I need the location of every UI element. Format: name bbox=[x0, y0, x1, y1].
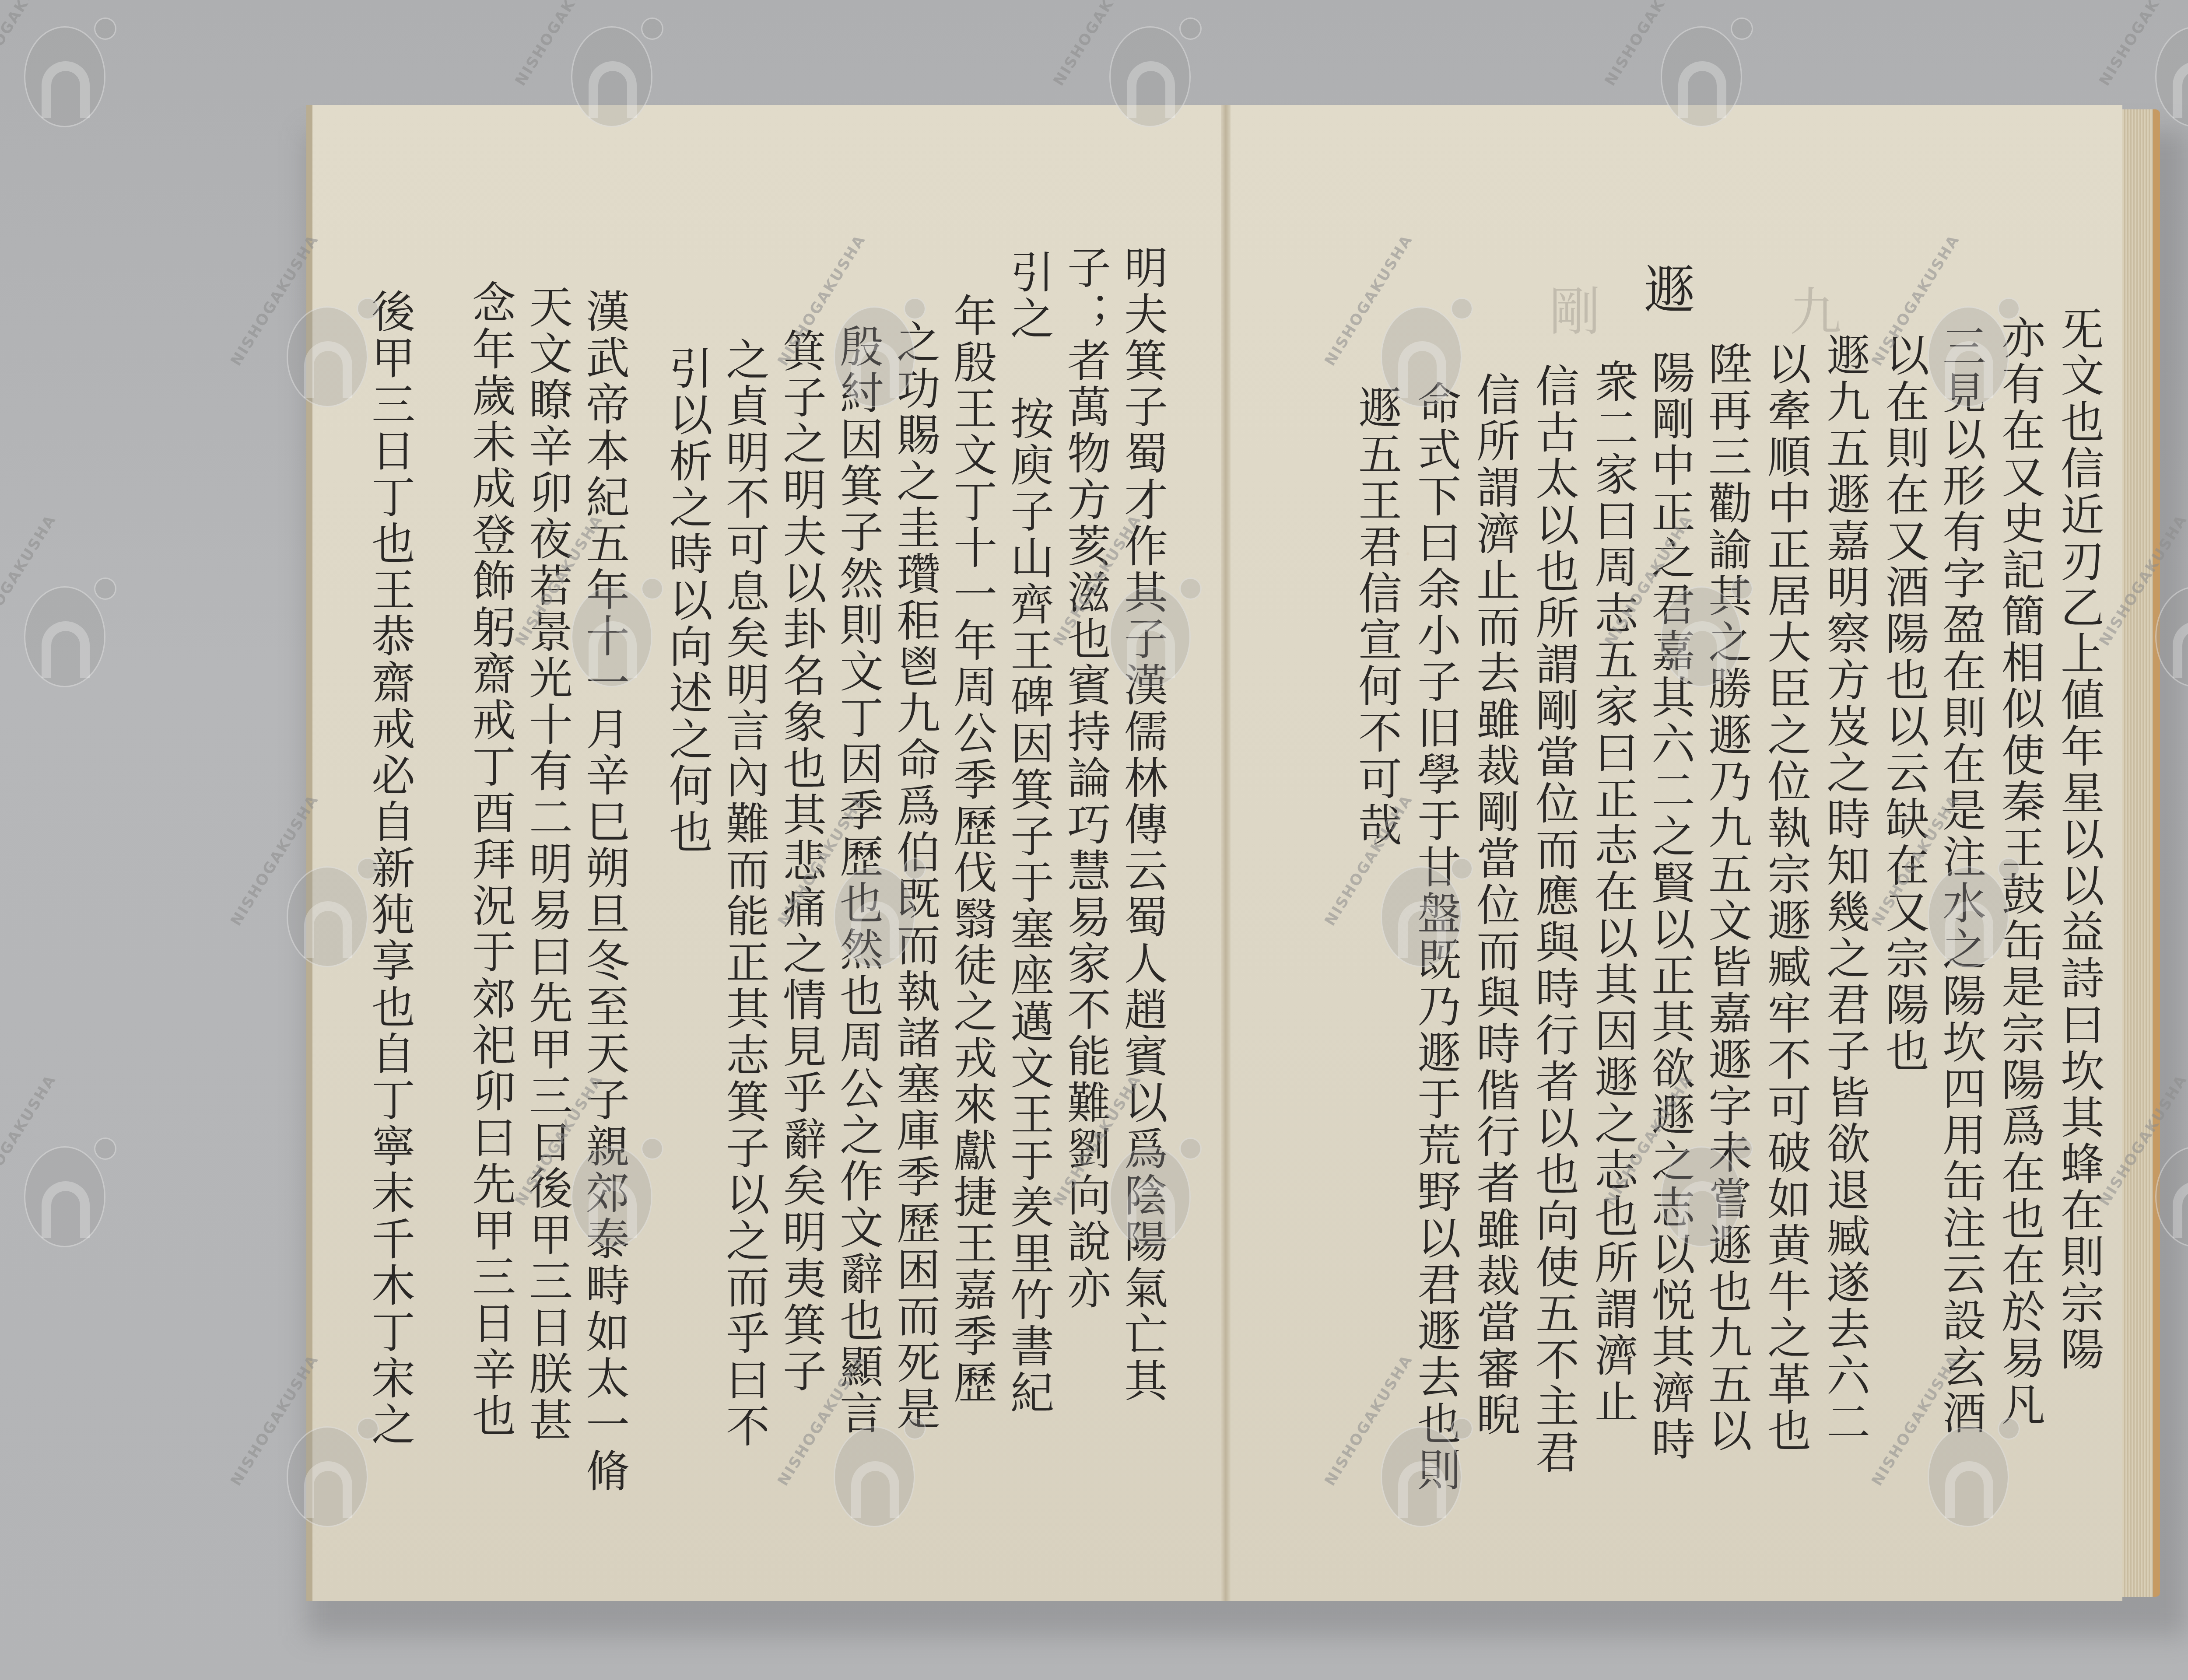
nishogakusha-watermark-icon: NISHOGAKUSHA bbox=[263, 280, 376, 411]
nishogakusha-watermark-icon: NISHOGAKUSHA bbox=[1357, 280, 1470, 411]
watermark-dot bbox=[1731, 1137, 1753, 1160]
watermark-dot bbox=[357, 1417, 379, 1440]
nishogakusha-watermark-icon: NISHOGAKUSHA bbox=[1085, 0, 1199, 131]
watermark-dot bbox=[1451, 297, 1473, 320]
text-column: 信所謂濟止而去雖裁剛當位而與時偕行者雖裁當審睨 bbox=[1473, 372, 1516, 1438]
watermark-dot bbox=[904, 1417, 926, 1440]
watermark-n-glyph bbox=[42, 621, 90, 678]
nishogakusha-watermark-icon: NISHOGAKUSHA bbox=[1904, 840, 2017, 971]
watermark-n-glyph bbox=[1398, 901, 1446, 958]
nishogakusha-watermark-icon: NISHOGAKUSHA bbox=[1357, 1400, 1470, 1531]
bleed-through-text: 剛 bbox=[1545, 284, 1596, 339]
watermark-dot bbox=[1451, 857, 1473, 880]
watermark-dot bbox=[94, 17, 116, 40]
watermark-n-glyph bbox=[1127, 621, 1175, 678]
nishogakusha-watermark-icon: NISHOGAKUSHA bbox=[0, 1120, 114, 1251]
watermark-n-glyph bbox=[1678, 61, 1726, 118]
watermark-dot bbox=[1179, 17, 1202, 40]
nishogakusha-watermark-icon: NISHOGAKUSHA bbox=[263, 1400, 376, 1531]
watermark-dot bbox=[904, 297, 926, 320]
watermark-n-glyph bbox=[1398, 341, 1446, 398]
watermark-dot bbox=[1731, 17, 1753, 40]
nishogakusha-watermark-icon: NISHOGAKUSHA bbox=[810, 840, 923, 971]
nishogakusha-watermark-icon: NISHOGAKUSHA bbox=[2131, 1120, 2188, 1251]
nishogakusha-watermark-icon: NISHOGAKUSHA bbox=[547, 560, 661, 691]
text-column: 引之 按庾子山齊王碑因箕子于塞座邁文王于羑里竹書紀 bbox=[1006, 249, 1050, 1416]
watermark-dot bbox=[1998, 857, 2020, 880]
nishogakusha-watermark-icon: NISHOGAKUSHA bbox=[1085, 1120, 1199, 1251]
watermark-n-glyph bbox=[304, 341, 352, 398]
watermark-dot bbox=[641, 577, 663, 600]
text-column: 旡文也信近刃乙上値年星以以益詩曰坎其蜂在則宗陽 bbox=[2057, 306, 2100, 1373]
watermark-dot bbox=[94, 577, 116, 600]
watermark-n-glyph bbox=[42, 61, 90, 118]
text-column: 衆二家曰周志五家曰正志在以其因遯之志也所謂濟止 bbox=[1591, 359, 1634, 1425]
text-column: 念年歲未成登飾躬齋戒丁酉拜況于郊祀卯曰先甲三日辛也 bbox=[468, 280, 512, 1439]
watermark-n-glyph bbox=[851, 341, 899, 398]
nishogakusha-watermark-icon: NISHOGAKUSHA bbox=[1085, 560, 1199, 691]
watermark-dot bbox=[357, 857, 379, 880]
watermark-n-glyph bbox=[1127, 61, 1175, 118]
watermark-dot bbox=[641, 17, 663, 40]
text-column: 引以析之時以向述之何也 bbox=[665, 346, 709, 856]
text-column: 遯九五遯嘉明察方岌之時知幾之君子皆欲退臧遂去六二 bbox=[1823, 332, 1866, 1445]
watermark-dot bbox=[1451, 1417, 1473, 1440]
nishogakusha-watermark-icon: NISHOGAKUSHA bbox=[0, 560, 114, 691]
nishogakusha-watermark-icon: NISHOGAKUSHA bbox=[2131, 560, 2188, 691]
nishogakusha-watermark-icon: NISHOGAKUSHA bbox=[1904, 280, 2017, 411]
watermark-n-glyph bbox=[1945, 901, 1993, 958]
section-heading: 遯 bbox=[1628, 262, 1702, 314]
text-column: 信古太以也所謂剛當位而應與時行者以也向使五不主君 bbox=[1532, 363, 1575, 1476]
watermark-dot bbox=[1998, 1417, 2020, 1440]
nishogakusha-watermark-icon: NISHOGAKUSHA bbox=[1637, 560, 1750, 691]
nishogakusha-watermark-icon: NISHOGAKUSHA bbox=[1357, 840, 1470, 971]
watermark-dot bbox=[1179, 1137, 1202, 1160]
page-edge-stack bbox=[2122, 109, 2160, 1597]
watermark-dot bbox=[1731, 577, 1753, 600]
watermark-n-glyph bbox=[851, 901, 899, 958]
watermark-n-glyph bbox=[1678, 1181, 1726, 1238]
nishogakusha-watermark-icon: NISHOGAKUSHA bbox=[810, 280, 923, 411]
watermark-n-glyph bbox=[1678, 621, 1726, 678]
text-column: 以牽順中正居大臣之位執宗遯臧牢不可破如黄牛之革也 bbox=[1764, 341, 1807, 1454]
nishogakusha-watermark-icon: NISHOGAKUSHA bbox=[263, 840, 376, 971]
bleed-through-text: 九 bbox=[1785, 284, 1837, 339]
nishogakusha-watermark-icon: NISHOGAKUSHA bbox=[2131, 0, 2188, 131]
watermark-n-glyph bbox=[589, 61, 637, 118]
text-column: 年殷王文丁十一年周公季歷伐翳徒之戎來獻捷王嘉季歷 bbox=[950, 293, 993, 1406]
watermark-n-glyph bbox=[589, 621, 637, 678]
watermark-n-glyph bbox=[1945, 341, 1993, 398]
watermark-dot bbox=[357, 297, 379, 320]
text-column: 遯五王君信宣何不可哉 bbox=[1354, 385, 1398, 849]
watermark-n-glyph bbox=[304, 1461, 352, 1518]
nishogakusha-watermark-icon: NISHOGAKUSHA bbox=[810, 1400, 923, 1531]
nishogakusha-watermark-icon: NISHOGAKUSHA bbox=[1904, 1400, 2017, 1531]
watermark-dot bbox=[641, 1137, 663, 1160]
text-column: 天文瞭辛卯夜若景光十有二明易曰先甲三日後甲三日朕甚 bbox=[525, 284, 569, 1444]
nishogakusha-watermark-icon: NISHOGAKUSHA bbox=[1637, 1120, 1750, 1251]
watermark-dot bbox=[904, 857, 926, 880]
watermark-n-glyph bbox=[1398, 1461, 1446, 1518]
watermark-n-glyph bbox=[589, 1181, 637, 1238]
watermark-n-glyph bbox=[304, 901, 352, 958]
nishogakusha-watermark-icon: NISHOGAKUSHA bbox=[0, 0, 114, 131]
nishogakusha-watermark-icon: NISHOGAKUSHA bbox=[1637, 0, 1750, 131]
watermark-n-glyph bbox=[1127, 1181, 1175, 1238]
watermark-dot bbox=[1179, 577, 1202, 600]
watermark-n-glyph bbox=[1945, 1461, 1993, 1518]
book-gutter bbox=[1221, 105, 1231, 1601]
nishogakusha-watermark-icon: NISHOGAKUSHA bbox=[547, 0, 661, 131]
watermark-n-glyph bbox=[851, 1461, 899, 1518]
nishogakusha-watermark-icon: NISHOGAKUSHA bbox=[547, 1120, 661, 1251]
watermark-n-glyph bbox=[42, 1181, 90, 1238]
text-column: 之貞明不可息矣明言內難而能正其志箕子以之而乎曰不 bbox=[722, 337, 766, 1450]
text-column: 漢武帝本紀五年十一月辛巳朔旦冬至天子親郊泰畤如太一脩 bbox=[582, 289, 626, 1494]
watermark-dot bbox=[94, 1137, 116, 1160]
text-column: 陞再三勸諭其之勝遯乃九五文皆嘉遯字未嘗遯也九五以 bbox=[1704, 341, 1748, 1454]
watermark-dot bbox=[1998, 297, 2020, 320]
